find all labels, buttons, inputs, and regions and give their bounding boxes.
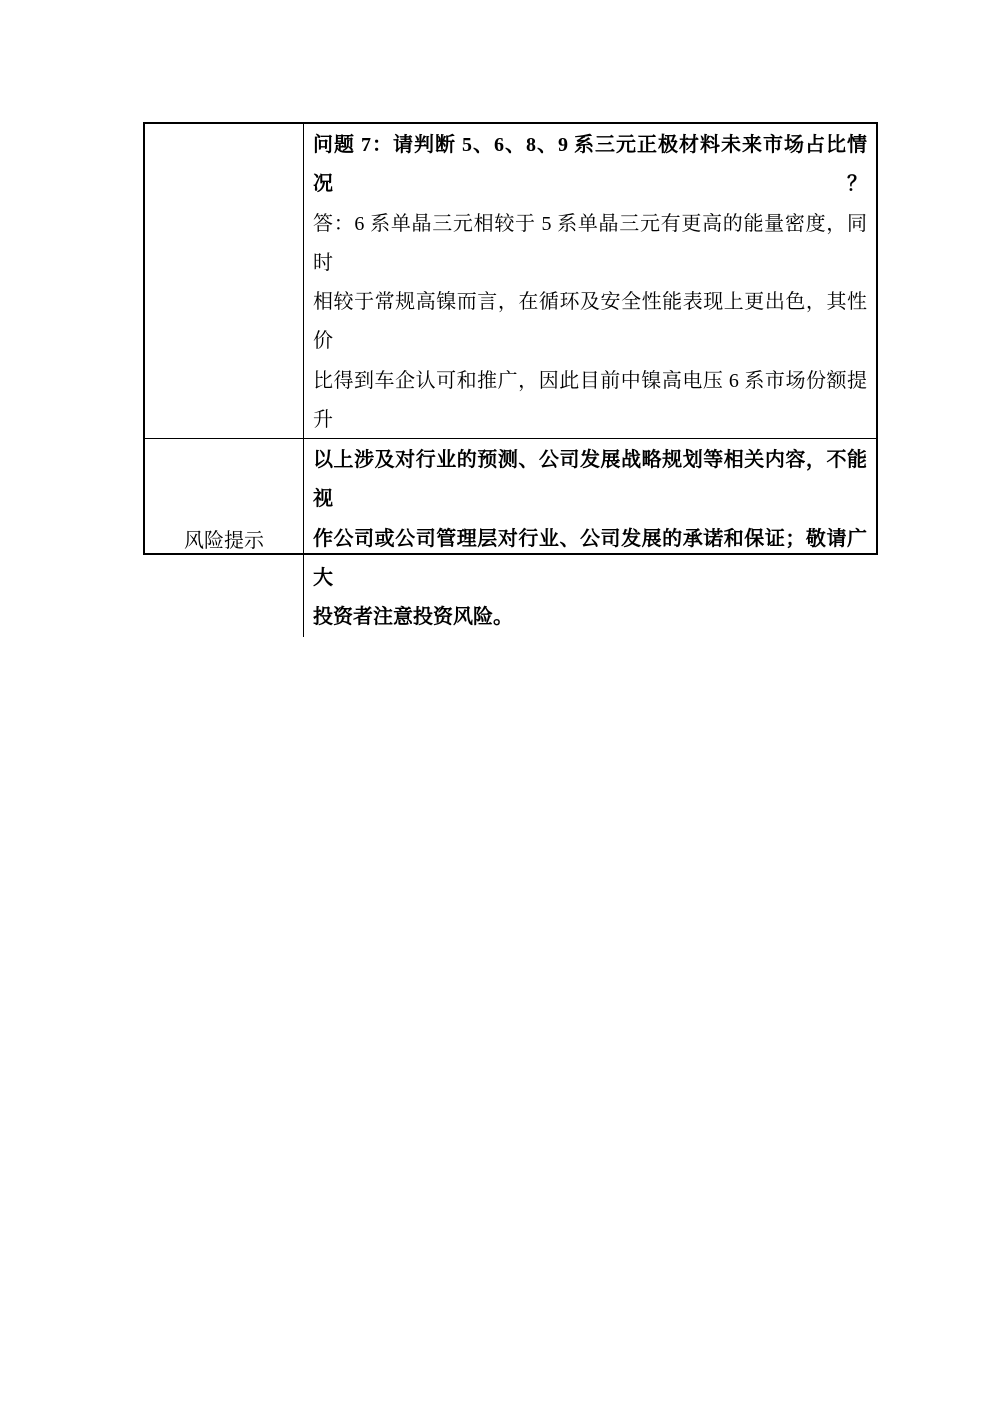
risk-line: 以上涉及对行业的预测、公司发展战略规划等相关内容，不能视 [313, 441, 867, 520]
table-row-risk: 风险提示 以上涉及对行业的预测、公司发展战略规划等相关内容，不能视 作公司或公司… [145, 439, 876, 637]
document-page: 问题 7：请判断 5、6、8、9 系三元正极材料未来市场占比情况？ 答：6 系单… [0, 0, 1000, 1414]
risk-line: 投资者注意投资风险。 [313, 598, 867, 637]
risk-label-text: 风险提示 [184, 524, 264, 553]
question-answer-cell: 问题 7：请判断 5、6、8、9 系三元正极材料未来市场占比情况？ 答：6 系单… [304, 124, 876, 438]
table-row-question: 问题 7：请判断 5、6、8、9 系三元正极材料未来市场占比情况？ 答：6 系单… [145, 124, 876, 439]
risk-content-cell: 以上涉及对行业的预测、公司发展战略规划等相关内容，不能视 作公司或公司管理层对行… [304, 439, 876, 637]
risk-label-cell: 风险提示 [145, 439, 304, 637]
risk-line: 作公司或公司管理层对行业、公司发展的承诺和保证；敬请广大 [313, 520, 867, 599]
empty-label-cell [145, 124, 304, 438]
qa-table: 问题 7：请判断 5、6、8、9 系三元正极材料未来市场占比情况？ 答：6 系单… [143, 122, 878, 555]
question-text: 问题 7：请判断 5、6、8、9 系三元正极材料未来市场占比情况？ [313, 126, 867, 205]
answer-line: 相较于常规高镍而言，在循环及安全性能表现上更出色，其性价 [313, 283, 867, 362]
answer-line: 答：6 系单晶三元相较于 5 系单晶三元有更高的能量密度，同时 [313, 205, 867, 284]
answer-line: 比得到车企认可和推广，因此目前中镍高电压 6 系市场份额提升 [313, 362, 867, 438]
